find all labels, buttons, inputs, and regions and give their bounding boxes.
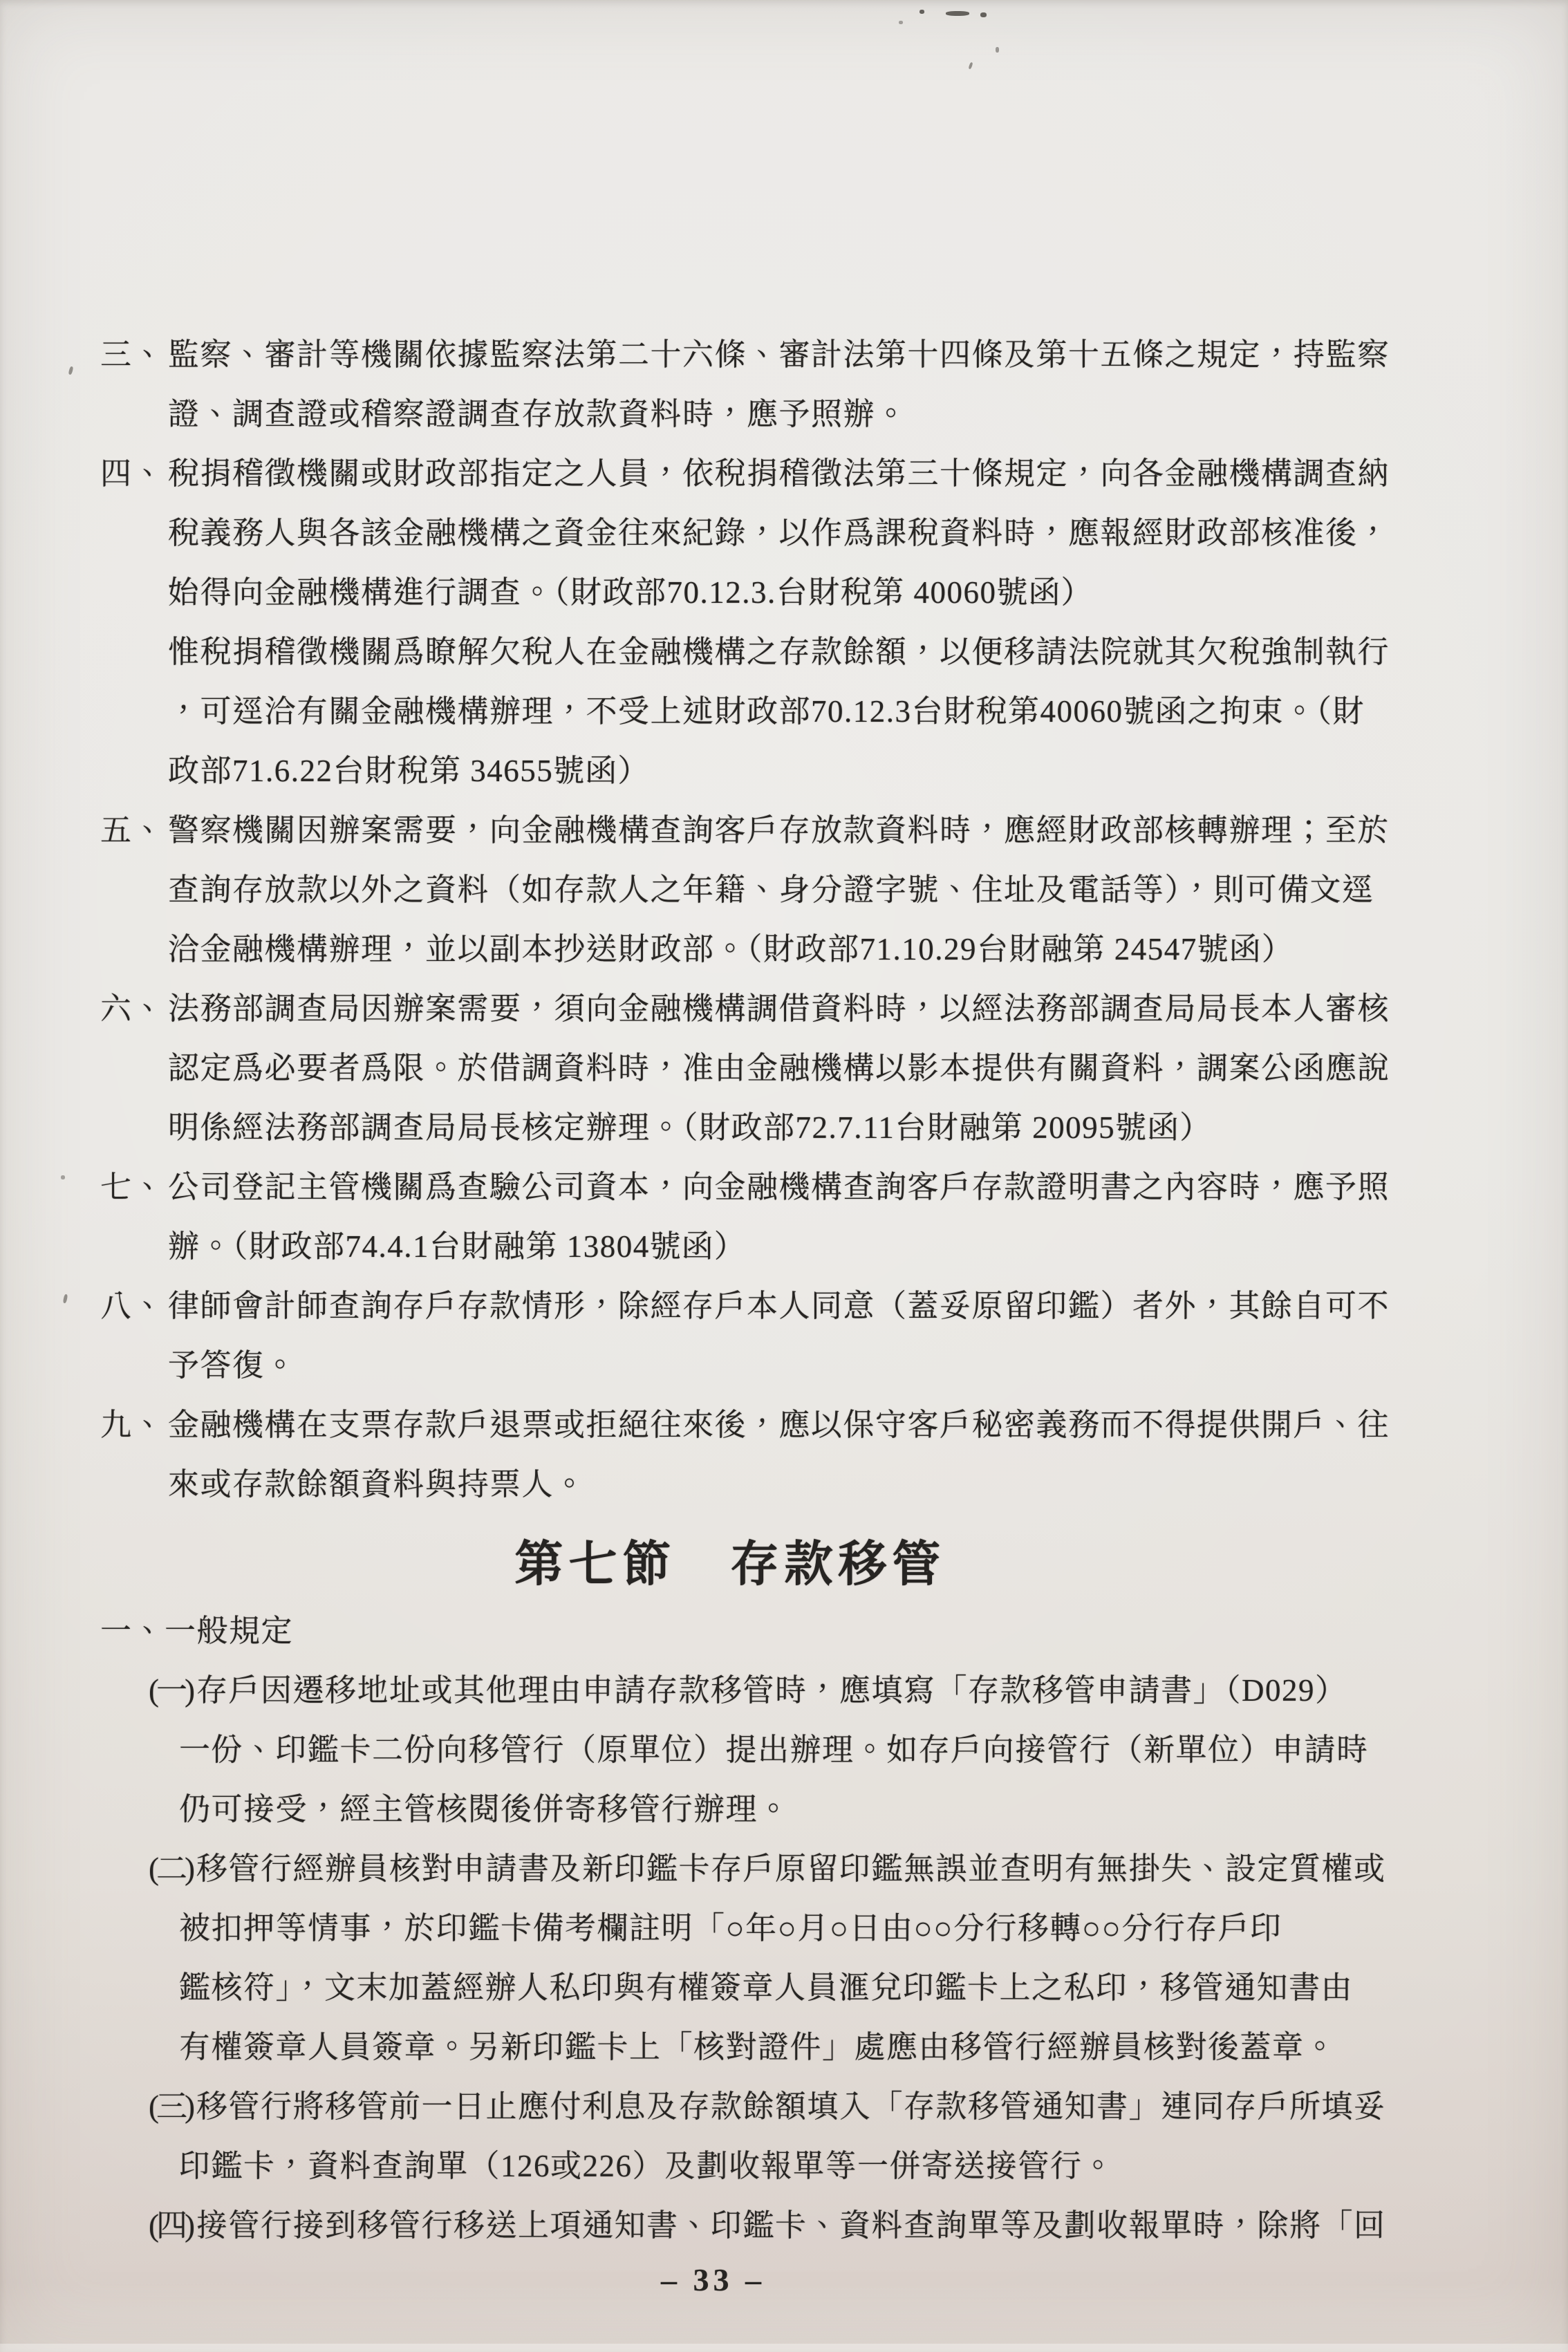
list-item: 六、法務部調查局因辦案需要，須向金融機構調借資料時，以經法務部調查局局長本人審核… bbox=[100, 979, 1527, 1157]
item-cont-line: 明係經法務部調查局局長核定辦理。（財政部72.7.11台財融第 20095號函） bbox=[100, 1098, 1527, 1157]
item-text: 惟稅捐稽徵機關爲瞭解欠稅人在金融機構之存款餘額，以便移請法院就其欠稅強制執行 bbox=[168, 635, 1390, 669]
item-text: 稅義務人與各該金融機構之資金往來紀錄，以作爲課稅資料時，應報經財政部核准後， bbox=[168, 516, 1390, 550]
list-item: (二)移管行經辦員核對申請書及新印鑑卡存戶原留印鑑無誤並查明有無掛失、設定質權或… bbox=[149, 1839, 1527, 2077]
item-text: 查詢存放款以外之資料（如存款人之年籍、身分證字號、住址及電話等），則可備文逕 bbox=[168, 872, 1374, 907]
item-text: 接管行接到移管行移送上項通知書、印鑑卡、資料查詢單等及劃收報單時，除將「回 bbox=[196, 2208, 1386, 2243]
item-marker: (三) bbox=[149, 2077, 196, 2136]
item-text: 一份、印鑑卡二份向移管行（原單位）提出辦理。如存戶向接管行（新單位）申請時 bbox=[179, 1733, 1369, 1767]
item-cont-line: 政部71.6.22台財稅第 34655號函） bbox=[100, 741, 1527, 801]
item-text: 金融機構在支票存款戶退票或拒絕往來後，應以保守客戶秘密義務而不得提供開戶、往 bbox=[168, 1408, 1390, 1442]
page-number: – 33 – bbox=[100, 2258, 1527, 2302]
list-item: 七、公司登記主管機關爲查驗公司資本，向金融機構查詢客戶存款證明書之內容時，應予照… bbox=[100, 1157, 1527, 1276]
item-marker: 九、 bbox=[100, 1395, 168, 1455]
item-cont-line: 被扣押等情事，於印鑑卡備考欄註明「○年○月○日由○○分行移轉○○分行存戶印 bbox=[149, 1898, 1527, 1958]
item-text: 洽金融機構辦理，並以副本抄送財政部。（財政部71.10.29台財融第 24547… bbox=[168, 932, 1294, 967]
item-text: 被扣押等情事，於印鑑卡備考欄註明「○年○月○日由○○分行移轉○○分行存戶印 bbox=[179, 1911, 1282, 1945]
item-cont-line: 有權簽章人員簽章。另新印鑑卡上「核對證件」處應由移管行經辦員核對後蓋章。 bbox=[149, 2017, 1527, 2077]
list-item: (一)存戶因遷移地址或其他理由申請存款移管時，應填寫「存款移管申請書」（D029… bbox=[149, 1661, 1527, 1839]
item-first-line: (四)接管行接到移管行移送上項通知書、印鑑卡、資料查詢單等及劃收報單時，除將「回 bbox=[149, 2196, 1527, 2255]
subsection-marker: 一、 bbox=[100, 1614, 165, 1648]
item-cont-line: ，可逕洽有關金融機構辦理，不受上述財政部70.12.3台財稅第40060號函之拘… bbox=[100, 682, 1527, 741]
item-cont-line: 印鑑卡，資料查詢單（126或226）及劃收報單等一併寄送接管行。 bbox=[149, 2136, 1527, 2196]
item-marker: (一) bbox=[149, 1661, 196, 1720]
item-text: ，可逕洽有關金融機構辦理，不受上述財政部70.12.3台財稅第40060號函之拘… bbox=[168, 694, 1365, 729]
item-text: 移管行將移管前一日止應付利息及存款餘額填入「存款移管通知書」連同存戶所填妥 bbox=[196, 2089, 1386, 2124]
item-cont-line: 證、調查證或稽察證調查存放款資料時，應予照辦。 bbox=[100, 384, 1527, 444]
item-first-line: 七、公司登記主管機關爲查驗公司資本，向金融機構查詢客戶存款證明書之內容時，應予照 bbox=[100, 1157, 1527, 1217]
item-cont-line: 惟稅捐稽徵機關爲瞭解欠稅人在金融機構之存款餘額，以便移請法院就其欠稅強制執行 bbox=[100, 622, 1527, 682]
section-title: 第七節 存款移管 bbox=[100, 1529, 1527, 1601]
item-text: 稅捐稽徵機關或財政部指定之人員，依稅捐稽徵法第三十條規定，向各金融機構調查納 bbox=[168, 456, 1390, 491]
item-text: 警察機關因辦案需要，向金融機構查詢客戶存放款資料時，應經財政部核轉辦理；至於 bbox=[168, 813, 1390, 848]
item-text: 仍可接受，經主管核閱後併寄移管行辦理。 bbox=[179, 1792, 790, 1827]
item-text: 予答復。 bbox=[168, 1348, 297, 1383]
list-item: 四、稅捐稽徵機關或財政部指定之人員，依稅捐稽徵法第三十條規定，向各金融機構調查納… bbox=[100, 444, 1527, 801]
item-marker: 八、 bbox=[100, 1276, 168, 1336]
subsection-title: 一般規定 bbox=[165, 1614, 293, 1648]
item-first-line: 三、監察、審計等機關依據監察法第二十六條、審計法第十四條及第十五條之規定，持監察 bbox=[100, 325, 1527, 384]
item-marker: (四) bbox=[149, 2196, 196, 2255]
item-text: 存戶因遷移地址或其他理由申請存款移管時，應填寫「存款移管申請書」（D029） bbox=[196, 1673, 1347, 1708]
item-marker: 五、 bbox=[100, 801, 168, 860]
item-cont-line: 來或存款餘額資料與持票人。 bbox=[100, 1455, 1527, 1514]
item-text: 律師會計師查詢存戶存款情形，除經存戶本人同意（蓋妥原留印鑑）者外，其餘自可不 bbox=[168, 1289, 1390, 1323]
list-item: 五、警察機關因辦案需要，向金融機構查詢客戶存放款資料時，應經財政部核轉辦理；至於… bbox=[100, 801, 1527, 979]
item-first-line: 四、稅捐稽徵機關或財政部指定之人員，依稅捐稽徵法第三十條規定，向各金融機構調查納 bbox=[100, 444, 1527, 503]
item-cont-line: 予答復。 bbox=[100, 1336, 1527, 1395]
item-cont-line: 辦。（財政部74.4.1台財融第 13804號函） bbox=[100, 1217, 1527, 1276]
item-text: 法務部調查局因辦案需要，須向金融機構調借資料時，以經法務部調查局局長本人審核 bbox=[168, 991, 1390, 1026]
item-text: 辦。（財政部74.4.1台財融第 13804號函） bbox=[168, 1229, 746, 1264]
item-text: 始得向金融機構進行調查。（財政部70.12.3.台財稅第 40060號函） bbox=[168, 575, 1093, 610]
item-first-line: (一)存戶因遷移地址或其他理由申請存款移管時，應填寫「存款移管申請書」（D029… bbox=[149, 1661, 1527, 1720]
item-first-line: 九、金融機構在支票存款戶退票或拒絕往來後，應以保守客戶秘密義務而不得提供開戶、往 bbox=[100, 1395, 1527, 1455]
item-cont-line: 一份、印鑑卡二份向移管行（原單位）提出辦理。如存戶向接管行（新單位）申請時 bbox=[149, 1720, 1527, 1780]
item-marker: 六、 bbox=[100, 979, 168, 1038]
list-item: 九、金融機構在支票存款戶退票或拒絕往來後，應以保守客戶秘密義務而不得提供開戶、往… bbox=[100, 1395, 1527, 1514]
item-text: 政部71.6.22台財稅第 34655號函） bbox=[168, 754, 650, 788]
item-first-line: 八、律師會計師查詢存戶存款情形，除經存戶本人同意（蓋妥原留印鑑）者外，其餘自可不 bbox=[100, 1276, 1527, 1336]
item-cont-line: 始得向金融機構進行調查。（財政部70.12.3.台財稅第 40060號函） bbox=[100, 563, 1527, 622]
item-cont-line: 稅義務人與各該金融機構之資金往來紀錄，以作爲課稅資料時，應報經財政部核准後， bbox=[100, 503, 1527, 563]
item-text: 證、調查證或稽察證調查存放款資料時，應予照辦。 bbox=[168, 397, 908, 431]
item-text: 來或存款餘額資料與持票人。 bbox=[168, 1467, 586, 1502]
item-cont-line: 認定爲必要者爲限。於借調資料時，准由金融機構以影本提供有關資料，調案公函應說 bbox=[100, 1038, 1527, 1098]
subsection-item-list: (一)存戶因遷移地址或其他理由申請存款移管時，應填寫「存款移管申請書」（D029… bbox=[149, 1661, 1527, 2255]
item-text: 鑑核符」，文末加蓋經辦人私印與有權簽章人員滙兌印鑑卡上之私印，移管通知書由 bbox=[179, 1970, 1353, 2005]
item-marker: 三、 bbox=[100, 325, 168, 384]
subsection-heading: 一、一般規定 bbox=[100, 1601, 1527, 1661]
item-first-line: 六、法務部調查局因辦案需要，須向金融機構調借資料時，以經法務部調查局局長本人審核 bbox=[100, 979, 1527, 1038]
regulation-list: 三、監察、審計等機關依據監察法第二十六條、審計法第十四條及第十五條之規定，持監察… bbox=[100, 325, 1527, 1514]
item-text: 明係經法務部調查局局長核定辦理。（財政部72.7.11台財融第 20095號函） bbox=[168, 1110, 1212, 1145]
item-marker: 七、 bbox=[100, 1157, 168, 1217]
list-item: (四)接管行接到移管行移送上項通知書、印鑑卡、資料查詢單等及劃收報單時，除將「回 bbox=[149, 2196, 1527, 2255]
item-cont-line: 洽金融機構辦理，並以副本抄送財政部。（財政部71.10.29台財融第 24547… bbox=[100, 920, 1527, 979]
item-text: 有權簽章人員簽章。另新印鑑卡上「核對證件」處應由移管行經辦員核對後蓋章。 bbox=[179, 2030, 1336, 2064]
item-first-line: (二)移管行經辦員核對申請書及新印鑑卡存戶原留印鑑無誤並查明有無掛失、設定質權或 bbox=[149, 1839, 1527, 1898]
list-item: (三)移管行將移管前一日止應付利息及存款餘額填入「存款移管通知書」連同存戶所填妥… bbox=[149, 2077, 1527, 2196]
item-first-line: (三)移管行將移管前一日止應付利息及存款餘額填入「存款移管通知書」連同存戶所填妥 bbox=[149, 2077, 1527, 2136]
item-first-line: 五、警察機關因辦案需要，向金融機構查詢客戶存放款資料時，應經財政部核轉辦理；至於 bbox=[100, 801, 1527, 860]
item-marker: (二) bbox=[149, 1839, 196, 1898]
item-text: 監察、審計等機關依據監察法第二十六條、審計法第十四條及第十五條之規定，持監察 bbox=[168, 337, 1390, 372]
scan-edge bbox=[0, 2344, 1568, 2352]
item-text: 移管行經辦員核對申請書及新印鑑卡存戶原留印鑑無誤並查明有無掛失、設定質權或 bbox=[196, 1851, 1386, 1886]
scanned-document-page: 三、監察、審計等機關依據監察法第二十六條、審計法第十四條及第十五條之規定，持監察… bbox=[0, 0, 1568, 2352]
list-item: 八、律師會計師查詢存戶存款情形，除經存戶本人同意（蓋妥原留印鑑）者外，其餘自可不… bbox=[100, 1276, 1527, 1395]
item-text: 印鑑卡，資料查詢單（126或226）及劃收報單等一併寄送接管行。 bbox=[179, 2149, 1114, 2183]
item-text: 認定爲必要者爲限。於借調資料時，准由金融機構以影本提供有關資料，調案公函應說 bbox=[168, 1051, 1390, 1085]
item-cont-line: 仍可接受，經主管核閱後併寄移管行辦理。 bbox=[149, 1780, 1527, 1839]
item-cont-line: 查詢存放款以外之資料（如存款人之年籍、身分證字號、住址及電話等），則可備文逕 bbox=[100, 860, 1527, 920]
page-content: 三、監察、審計等機關依據監察法第二十六條、審計法第十四條及第十五條之規定，持監察… bbox=[0, 0, 1568, 2302]
item-marker: 四、 bbox=[100, 444, 168, 503]
item-text: 公司登記主管機關爲查驗公司資本，向金融機構查詢客戶存款證明書之內容時，應予照 bbox=[168, 1170, 1390, 1204]
item-cont-line: 鑑核符」，文末加蓋經辦人私印與有權簽章人員滙兌印鑑卡上之私印，移管通知書由 bbox=[149, 1958, 1527, 2017]
list-item: 三、監察、審計等機關依據監察法第二十六條、審計法第十四條及第十五條之規定，持監察… bbox=[100, 325, 1527, 444]
